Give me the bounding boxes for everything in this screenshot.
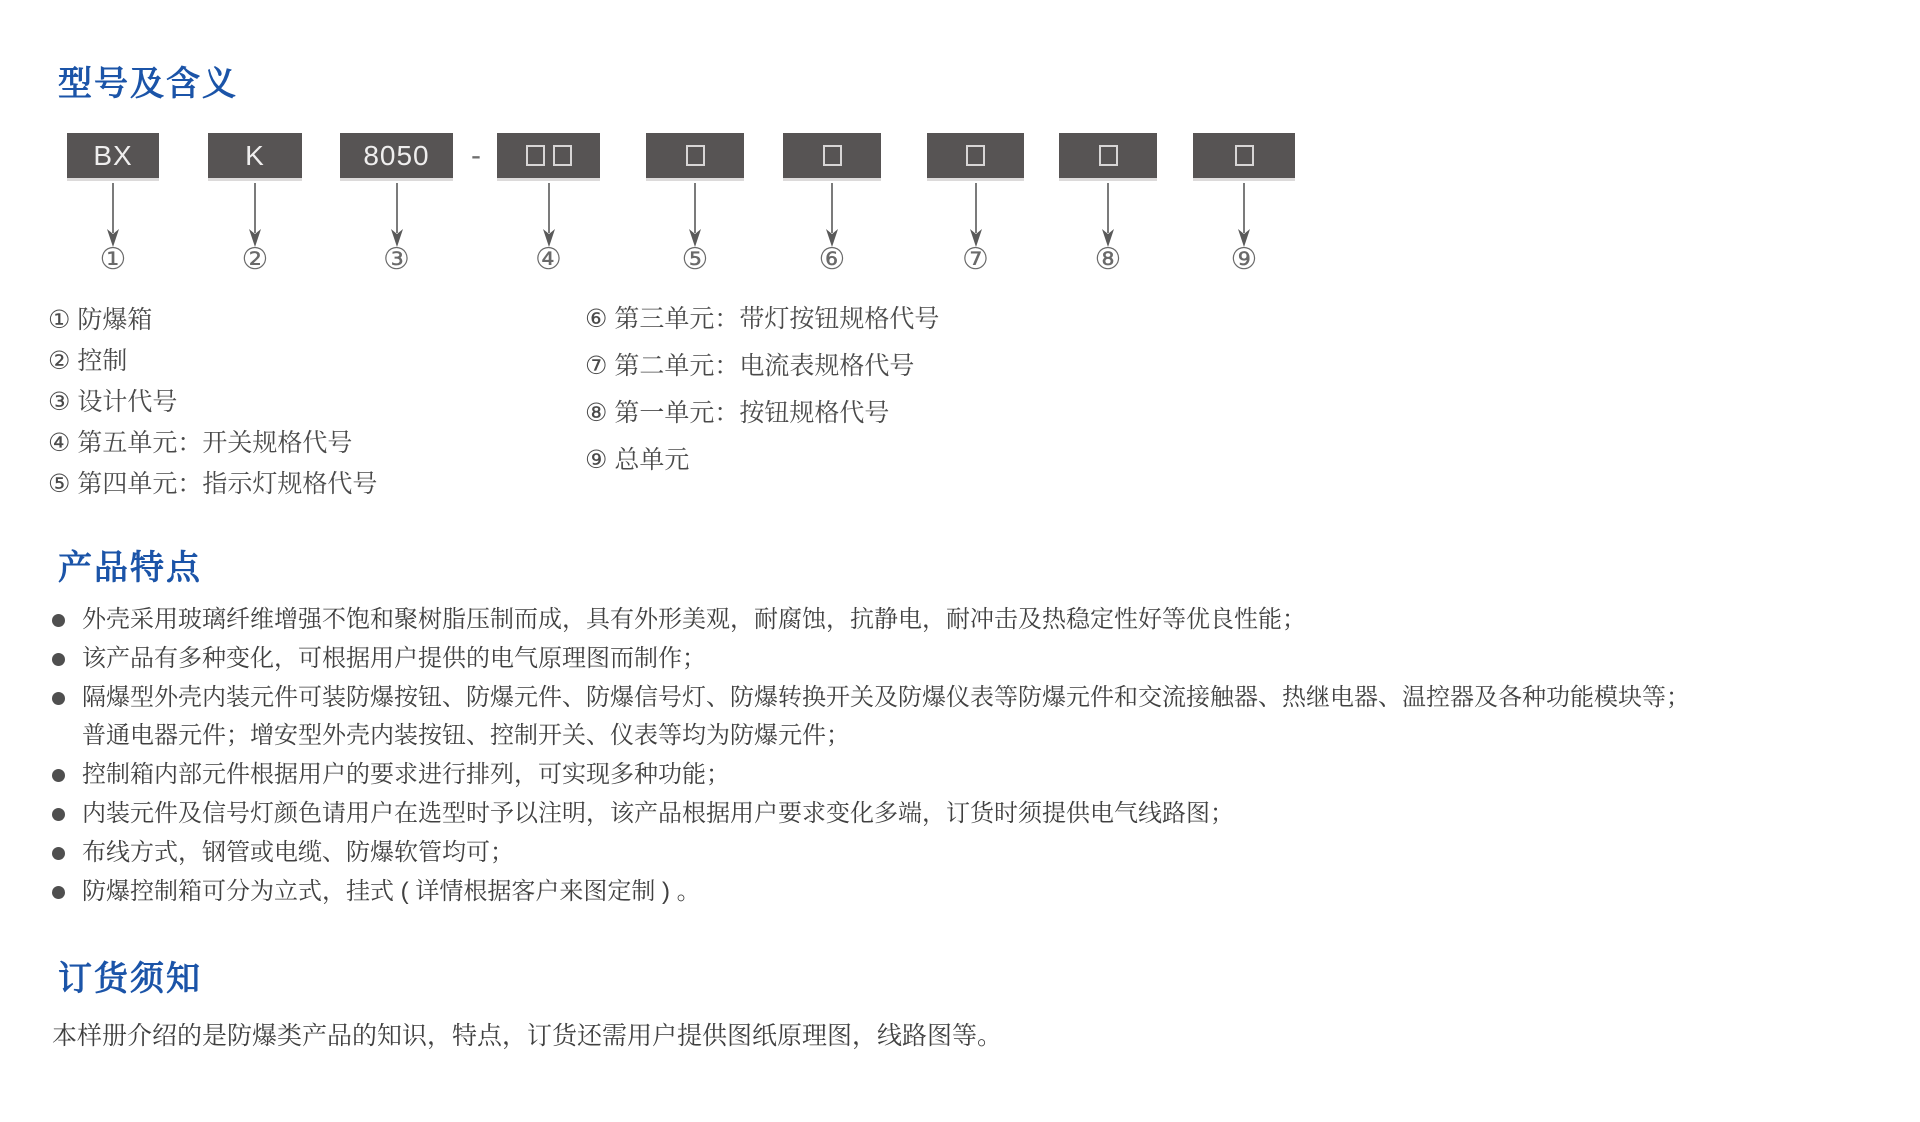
placeholder-square-icon xyxy=(1235,145,1254,166)
model-code-separator: - xyxy=(455,133,497,178)
model-code-box-9 xyxy=(1193,133,1295,178)
circle-number-label: ⑦ xyxy=(956,243,996,277)
model-code-box-7 xyxy=(927,133,1024,178)
feature-item-text: 布线方式，钢管或电缆、防爆软管均可； xyxy=(82,839,514,866)
down-arrow-icon xyxy=(970,183,982,247)
legend-item: ③ 设计代号 xyxy=(48,382,377,423)
circle-number-label: ⑤ xyxy=(675,243,715,277)
feature-item: 普通电器元件；增安型外壳内装按钮、控制开关、仪表等均为防爆元件； xyxy=(52,717,1690,756)
circle-number-label: ③ xyxy=(377,243,417,277)
placeholder-square-icon xyxy=(686,145,705,166)
feature-item: 防爆控制箱可分为立式，挂式 ( 详情根据客户来图定制 ) 。 xyxy=(52,873,1690,912)
circle-number-label: ⑥ xyxy=(812,243,852,277)
bullet-icon xyxy=(52,808,65,821)
catalog-page: 型号及含义 - BX①K②8050③④⑤⑥⑦⑧⑨ ① 防爆箱② 控制③ 设计代号… xyxy=(0,0,1920,1122)
circle-number-label: ① xyxy=(93,243,133,277)
feature-item: 布线方式，钢管或电缆、防爆软管均可； xyxy=(52,834,1690,873)
features-section-title: 产品特点 xyxy=(58,540,202,589)
legend-item: ⑧ 第一单元：按钮规格代号 xyxy=(585,390,939,437)
circle-number-label: ⑧ xyxy=(1088,243,1128,277)
model-code-box-4 xyxy=(497,133,600,178)
feature-item: 控制箱内部元件根据用户的要求进行排列，可实现多种功能； xyxy=(52,756,1690,795)
placeholder-square-icon xyxy=(966,145,985,166)
down-arrow-icon xyxy=(826,183,838,247)
placeholder-square-icon xyxy=(553,145,572,166)
bullet-icon xyxy=(52,769,65,782)
down-arrow-icon xyxy=(107,183,119,247)
feature-item: 隔爆型外壳内装元件可装防爆按钮、防爆元件、防爆信号灯、防爆转换开关及防爆仪表等防… xyxy=(52,679,1690,718)
feature-item: 该产品有多种变化，可根据用户提供的电气原理图而制作； xyxy=(52,640,1690,679)
placeholder-square-icon xyxy=(823,145,842,166)
feature-item-text: 控制箱内部元件根据用户的要求进行排列，可实现多种功能； xyxy=(82,761,730,788)
ordering-note-text: 本样册介绍的是防爆类产品的知识，特点，订货还需用户提供图纸原理图，线路图等。 xyxy=(52,1016,1002,1052)
model-code-box-1: BX xyxy=(67,133,159,178)
feature-item-text: 内装元件及信号灯颜色请用户在选型时予以注明，该产品根据用户要求变化多端，订货时须… xyxy=(82,800,1234,827)
placeholder-square-icon xyxy=(1099,145,1118,166)
circle-number-label: ⑨ xyxy=(1224,243,1264,277)
model-code-box-5 xyxy=(646,133,744,178)
feature-item: 外壳采用玻璃纤维增强不饱和聚树脂压制而成，具有外形美观，耐腐蚀，抗静电，耐冲击及… xyxy=(52,601,1690,640)
features-list: 外壳采用玻璃纤维增强不饱和聚树脂压制而成，具有外形美观，耐腐蚀，抗静电，耐冲击及… xyxy=(52,601,1690,911)
model-code-box-6 xyxy=(783,133,881,178)
feature-item-text: 外壳采用玻璃纤维增强不饱和聚树脂压制而成，具有外形美观，耐腐蚀，抗静电，耐冲击及… xyxy=(82,606,1306,633)
legend-item: ⑥ 第三单元：带灯按钮规格代号 xyxy=(585,296,939,343)
feature-item-text: 该产品有多种变化，可根据用户提供的电气原理图而制作； xyxy=(82,645,706,672)
down-arrow-icon xyxy=(543,183,555,247)
legend-item: ② 控制 xyxy=(48,341,377,382)
bullet-icon xyxy=(52,847,65,860)
down-arrow-icon xyxy=(249,183,261,247)
feature-item-text: 防爆控制箱可分为立式，挂式 ( 详情根据客户来图定制 ) 。 xyxy=(82,878,701,905)
down-arrow-icon xyxy=(1102,183,1114,247)
down-arrow-icon xyxy=(689,183,701,247)
bullet-icon xyxy=(52,614,65,627)
legend-item: ⑨ 总单元 xyxy=(585,437,939,484)
model-section-title: 型号及含义 xyxy=(58,56,238,105)
legend-item: ④ 第五单元：开关规格代号 xyxy=(48,423,377,464)
feature-item-text: 隔爆型外壳内装元件可装防爆按钮、防爆元件、防爆信号灯、防爆转换开关及防爆仪表等防… xyxy=(82,684,1690,711)
model-code-box-3: 8050 xyxy=(340,133,453,178)
feature-item-text: 普通电器元件；增安型外壳内装按钮、控制开关、仪表等均为防爆元件； xyxy=(82,722,850,749)
down-arrow-icon xyxy=(391,183,403,247)
circle-number-label: ② xyxy=(235,243,275,277)
down-arrow-icon xyxy=(1238,183,1250,247)
placeholder-square-icon xyxy=(526,145,545,166)
legend-item: ① 防爆箱 xyxy=(48,300,377,341)
legend-column-left: ① 防爆箱② 控制③ 设计代号④ 第五单元：开关规格代号⑤ 第四单元：指示灯规格… xyxy=(48,300,377,505)
model-code-box-8 xyxy=(1059,133,1157,178)
bullet-icon xyxy=(52,653,65,666)
bullet-icon xyxy=(52,886,65,899)
legend-item: ⑦ 第二单元：电流表规格代号 xyxy=(585,343,939,390)
model-code-box-2: K xyxy=(208,133,302,178)
legend-item: ⑤ 第四单元：指示灯规格代号 xyxy=(48,464,377,505)
feature-item: 内装元件及信号灯颜色请用户在选型时予以注明，该产品根据用户要求变化多端，订货时须… xyxy=(52,795,1690,834)
ordering-section-title: 订货须知 xyxy=(58,951,202,1000)
legend-column-right: ⑥ 第三单元：带灯按钮规格代号⑦ 第二单元：电流表规格代号⑧ 第一单元：按钮规格… xyxy=(585,296,939,484)
circle-number-label: ④ xyxy=(529,243,569,277)
bullet-icon xyxy=(52,692,65,705)
